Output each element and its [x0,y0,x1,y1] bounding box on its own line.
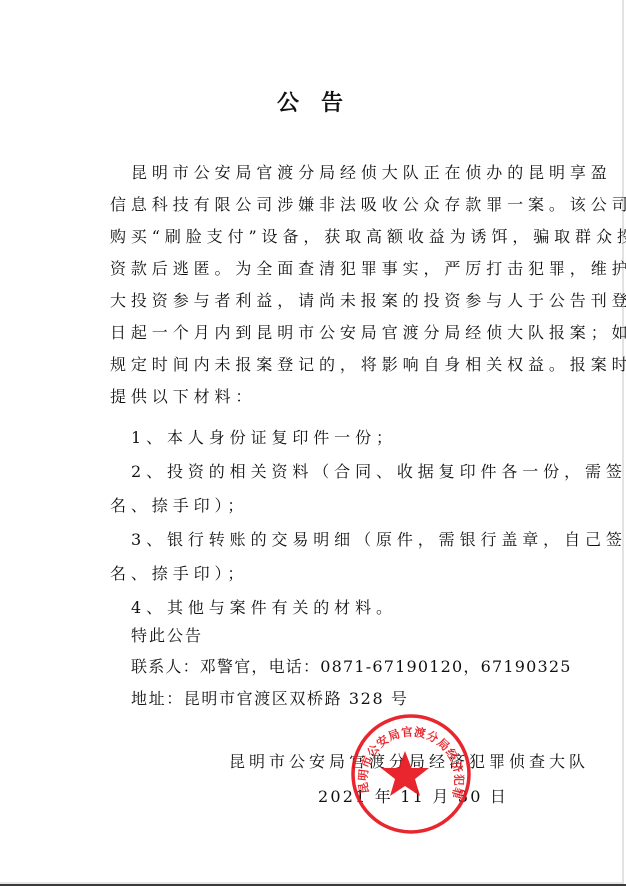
material-item-3: 3、银行转账的交易明细（原件，需银行盖章，自己签 [131,530,561,550]
official-seal-stamp: 昆明市公安局官渡分局经济犯罪侦查大队 [350,713,472,835]
address-info: 地址：昆明市官渡区双桥路 328 号 [131,689,561,709]
page-title: 公告 [0,86,620,117]
body-line: 昆明市公安局官渡分局经侦大队正在侦办的昆明享盈 [131,163,561,183]
body-line: 大投资参与者利益，请尚未报案的投资参与人于公告刊登之 [110,291,540,311]
closing-text: 特此公告 [131,626,561,646]
material-item-2-cont: 名、捺手印）； [110,496,540,516]
material-item-4: 4、其他与案件有关的材料。 [131,598,561,618]
material-item-1: 1、本人身份证复印件一份； [131,428,561,448]
document-page: 公告 昆明市公安局官渡分局经侦大队正在侦办的昆明享盈 信息科技有限公司涉嫌非法吸… [0,0,624,884]
contact-info: 联系人：邓警官，电话：0871-67190120，67190325 [131,657,561,677]
star-icon [381,751,429,796]
material-item-3-cont: 名、捺手印）； [110,564,540,584]
body-line: 信息科技有限公司涉嫌非法吸收公众存款罪一案。该公司以 [110,195,540,215]
body-line: 资款后逃匿。为全面查清犯罪事实，严厉打击犯罪，维护广 [110,259,540,279]
body-line: 购买“刷脸支付”设备，获取高额收益为诱饵，骗取群众投 [110,227,540,247]
body-line: 规定时间内未报案登记的，将影响自身相关权益。报案时需 [110,355,540,375]
body-line: 提供以下材料： [110,387,540,407]
material-item-2: 2、投资的相关资料（合同、收据复印件各一份，需签 [131,462,561,482]
body-line: 日起一个月内到昆明市公安局官渡分局经侦大队报案；如在 [110,323,540,343]
